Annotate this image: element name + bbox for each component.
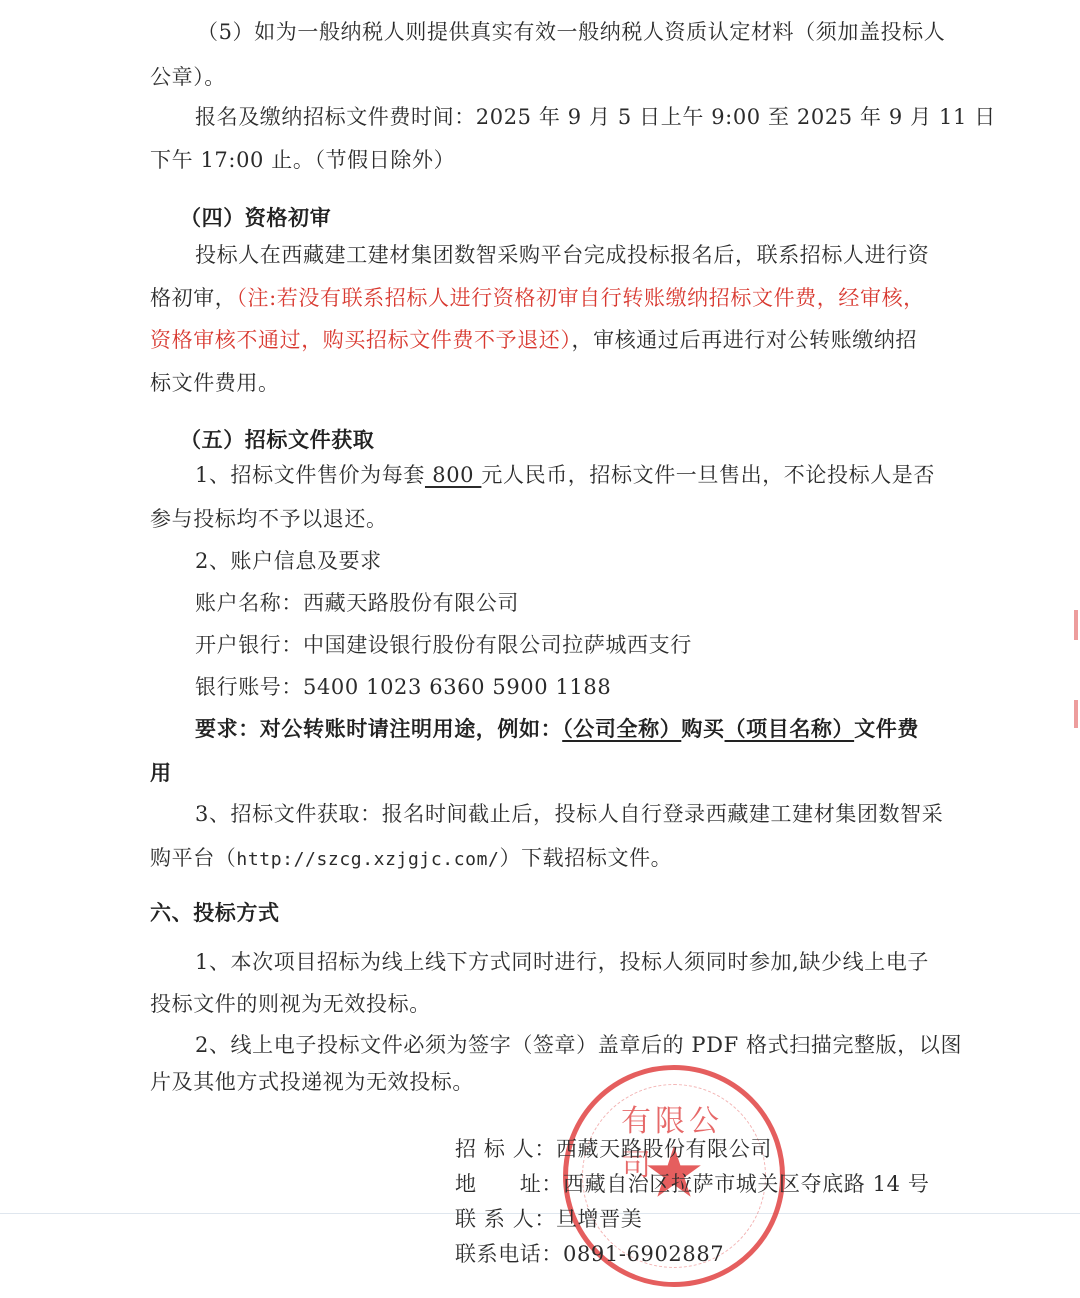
section4-heading: （四）资格初审 <box>180 204 331 232</box>
section4-line4: 标文件费用。 <box>150 369 280 397</box>
section6-item2-line1: 2、线上电子投标文件必须为签字（签章）盖章后的 PDF 格式扫描完整版，以图 <box>195 1031 962 1059</box>
section5-item2-heading: 2、账户信息及要求 <box>195 547 382 575</box>
document-page: （5）如为一般纳税人则提供真实有效一般纳税人资质认定材料（须加盖投标人 公章）。… <box>0 0 1080 1298</box>
requirement-suffix: 文件费 <box>854 716 919 741</box>
edge-seal-mark-2 <box>1074 700 1078 728</box>
item1-suffix: 元人民币，招标文件一旦售出，不论投标人是否 <box>481 463 935 487</box>
account-name: 账户名称：西藏天路股份有限公司 <box>195 589 519 617</box>
transfer-requirement-line1: 要求：对公转账时请注明用途，例如：（公司全称）购买（项目名称）文件费 <box>195 715 919 743</box>
edge-seal-mark <box>1074 610 1078 640</box>
transfer-requirement-line2: 用 <box>150 759 172 787</box>
section6-item2-line2: 片及其他方式投递视为无效投标。 <box>150 1068 474 1096</box>
registration-time-line2: 下午 17:00 止。（节假日除外） <box>150 146 455 174</box>
section4-line2-prefix: 格初审， <box>150 286 236 310</box>
item5-line2: 公章）。 <box>150 63 226 91</box>
requirement-mid: 购买 <box>681 716 724 741</box>
section4-line3: 资格审核不通过，购买招标文件费不予退还），审核通过后再进行对公转账缴纳招 <box>150 326 917 354</box>
section5-heading: （五）招标文件获取 <box>180 426 374 454</box>
requirement-prefix: 要求：对公转账时请注明用途，例如： <box>195 716 562 741</box>
item3-suffix: ）下载招标文件。 <box>499 846 672 870</box>
section6-item1-line2: 投标文件的则视为无效投标。 <box>150 990 431 1018</box>
section4-line1: 投标人在西藏建工建材集团数智采购平台完成投标报名后，联系招标人进行资 <box>195 241 929 269</box>
signature-tenderer: 招 标 人：西藏天路股份有限公司 <box>455 1135 772 1163</box>
document-price: 800 <box>425 463 481 487</box>
section5-item3-line1: 3、招标文件获取：报名时间截止后，投标人自行登录西藏建工建材集团数智采 <box>195 800 943 828</box>
platform-url-link[interactable]: http://szcg.xzjgjc.com/ <box>236 849 499 870</box>
section6-heading: 六、投标方式 <box>150 899 280 927</box>
section6-item1-line1: 1、本次项目招标为线上线下方式同时进行，投标人须同时参加,缺少线上电子 <box>195 948 929 976</box>
signature-address: 地 址：西藏自治区拉萨市城关区夺底路 14 号 <box>455 1170 929 1198</box>
bank-name: 开户银行：中国建设银行股份有限公司拉萨城西支行 <box>195 631 692 659</box>
signature-phone: 联系电话：0891-6902887 <box>455 1240 724 1268</box>
section4-note-red-1: （注:若没有联系招标人进行资格初审自行转账缴纳招标文件费，经审核， <box>236 286 924 310</box>
signature-contact: 联 系 人：旦增晋美 <box>455 1205 642 1233</box>
section5-item1-line2: 参与投标均不予以退还。 <box>150 505 388 533</box>
registration-time-line1: 报名及缴纳招标文件费时间：2025 年 9 月 5 日上午 9:00 至 202… <box>195 103 996 131</box>
requirement-project-placeholder: （项目名称） <box>725 716 855 741</box>
item5-line1: （5）如为一般纳税人则提供真实有效一般纳税人资质认定材料（须加盖投标人 <box>197 18 945 46</box>
account-number: 银行账号：5400 1023 6360 5900 1188 <box>195 673 611 701</box>
requirement-company-placeholder: （公司全称） <box>562 716 681 741</box>
section5-item1-line1: 1、招标文件售价为每套 800 元人民币，招标文件一旦售出，不论投标人是否 <box>195 461 935 489</box>
section5-item3-line2: 购平台（http://szcg.xzjgjc.com/）下载招标文件。 <box>150 844 672 874</box>
section4-note-red-2: 资格审核不通过，购买招标文件费不予退还） <box>150 328 572 352</box>
item1-prefix: 1、招标文件售价为每套 <box>195 463 425 487</box>
section4-line3-suffix: ，审核通过后再进行对公转账缴纳招 <box>572 328 918 352</box>
section4-line2: 格初审，（注:若没有联系招标人进行资格初审自行转账缴纳招标文件费，经审核， <box>150 284 925 312</box>
item3-prefix: 购平台（ <box>150 846 236 870</box>
